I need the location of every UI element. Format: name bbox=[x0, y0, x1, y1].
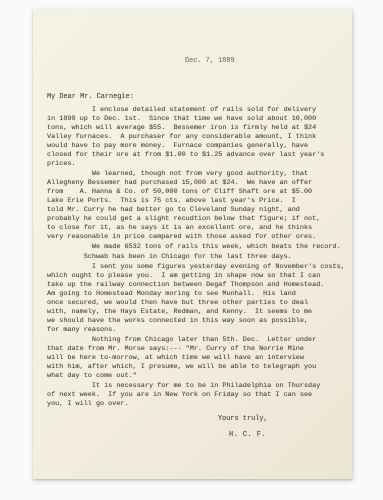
letter-paper: Dec. 7, 1889 My Dear Mr. Carnegie: I enc… bbox=[33, 9, 352, 479]
letter-paragraph-7: It is necessary for me to be in Philadel… bbox=[47, 382, 347, 409]
letter-signature-initials: H. C. F. bbox=[229, 431, 266, 439]
letter-date: Dec. 7, 1889 bbox=[185, 57, 235, 65]
letter-paragraph-1: I enclose detailed statement of rails so… bbox=[47, 106, 347, 169]
letter-paragraph-4: Schwab has been in Chicago for the last … bbox=[47, 253, 347, 262]
letter-paragraph-5: I sent you some figures yesterday evenin… bbox=[47, 263, 347, 335]
letter-salutation: My Dear Mr. Carnegie: bbox=[47, 93, 134, 101]
letter-body: I enclose detailed statement of rails so… bbox=[47, 106, 347, 410]
letter-paragraph-6: Nothing from Chicago later than 5th. Dec… bbox=[47, 336, 347, 381]
letter-photo-backdrop: Dec. 7, 1889 My Dear Mr. Carnegie: I enc… bbox=[0, 0, 383, 500]
letter-paragraph-2: We learned, though not from very good au… bbox=[47, 170, 347, 242]
letter-paragraph-3: We made 6532 tons of rails this week, wh… bbox=[47, 243, 347, 252]
letter-valediction: Yours truly, bbox=[218, 415, 268, 423]
